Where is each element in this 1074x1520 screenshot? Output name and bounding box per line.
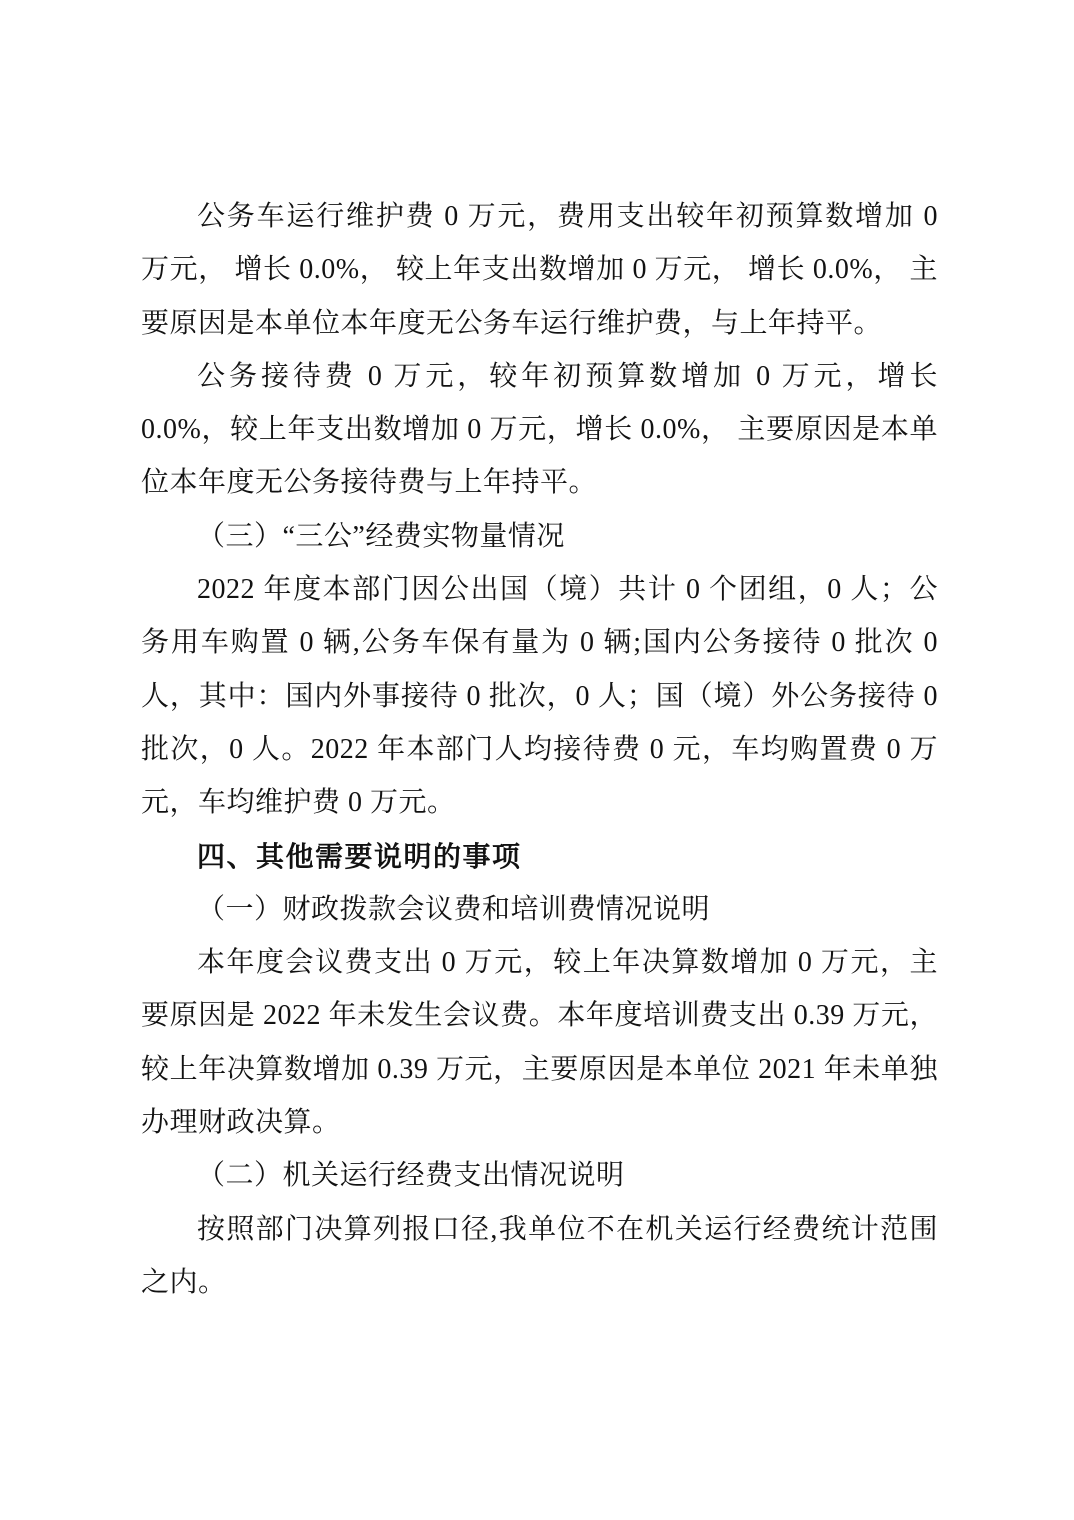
document-content: 公务车运行维护费 0 万元，费用支出较年初预算数增加 0 万元， 增长 0.0%… xyxy=(141,190,938,1309)
heading-section-four-other-matters: 四、其他需要说明的事项 xyxy=(141,830,938,883)
subheading-meeting-and-training-fee: （一）财政拨款会议费和培训费情况说明 xyxy=(141,883,938,936)
subheading-three-public-expenses-physical-quantity: （三）“三公”经费实物量情况 xyxy=(141,510,938,563)
para-physical-quantity-details: 2022 年度本部门因公出国（境）共计 0 个团组，0 人；公务用车购置 0 辆… xyxy=(141,563,938,829)
document-page: 公务车运行维护费 0 万元，费用支出较年初预算数增加 0 万元， 增长 0.0%… xyxy=(0,0,1074,1520)
para-agency-operating-expenses-details: 按照部门决算列报口径,我单位不在机关运行经费统计范围之内。 xyxy=(141,1203,938,1310)
subheading-agency-operating-expenses: （二）机关运行经费支出情况说明 xyxy=(141,1149,938,1202)
para-official-reception-cost: 公务接待费 0 万元，较年初预算数增加 0 万元，增长 0.0%，较上年支出数增… xyxy=(141,350,938,510)
para-meeting-and-training-fee-details: 本年度会议费支出 0 万元，较上年决算数增加 0 万元，主要原因是 2022 年… xyxy=(141,936,938,1149)
para-vehicle-operation-maintenance-cost: 公务车运行维护费 0 万元，费用支出较年初预算数增加 0 万元， 增长 0.0%… xyxy=(141,190,938,350)
